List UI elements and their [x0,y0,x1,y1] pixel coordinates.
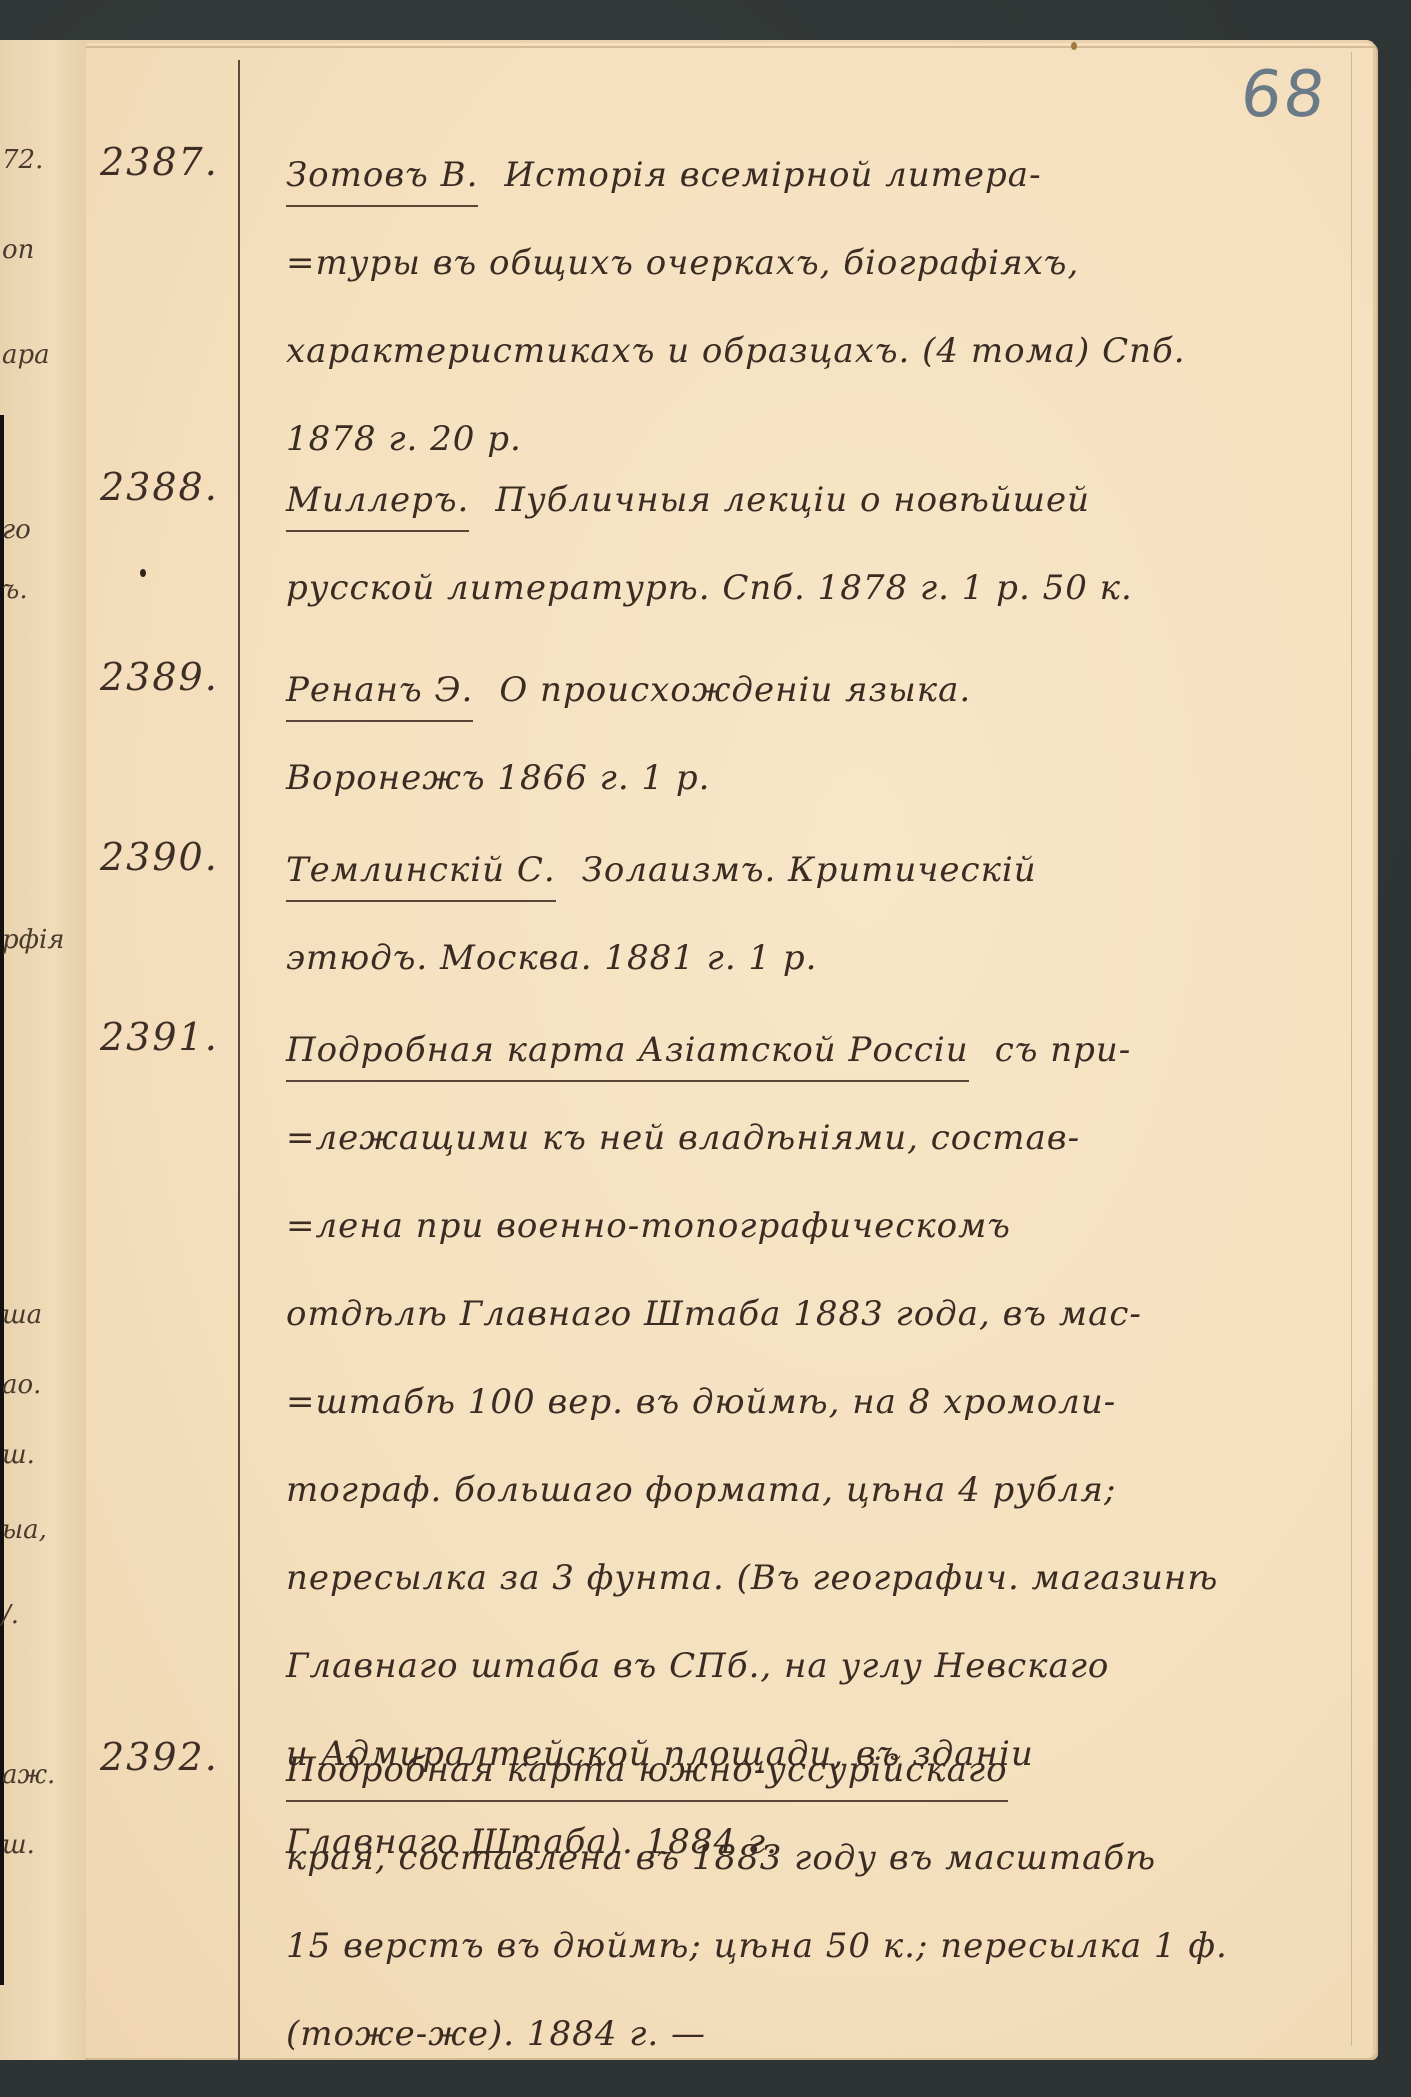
left-page-text-fragment: ъ. [2,575,28,605]
entry-line: края, составлена въ 1883 году въ масштаб… [286,1823,1336,1911]
entry-number: 2390. [100,835,219,879]
entry-line: Темлинскій С.Золаизмъ. Критическій [286,835,1336,923]
scan-shadow [0,415,4,1985]
ink-spot [1071,42,1077,50]
entry-line: Воронежъ 1866 г. 1 р. [286,743,1336,831]
entry-heading: Подробная карта Азіатской Россіи [286,1024,969,1082]
entry-line: отдѣлѣ Главнаго Штаба 1883 года, въ мас- [286,1279,1336,1367]
entry-line: пересылка за 3 фунта. (Въ географич. маг… [286,1543,1336,1631]
entry-text: съ при- [995,1030,1132,1070]
entry-heading: Подробная карта южно-уссурійскаго [286,1744,1008,1802]
entry-line: характеристикахъ и образцахъ. (4 тома) С… [286,316,1336,404]
left-page-text-fragment: ш. [2,1440,35,1470]
left-page-text-fragment: аж. [2,1760,55,1790]
entry-line: Зотовъ В.Исторія всемірной литера- [286,140,1336,228]
entry-line: =лена при военно-топографическомъ [286,1191,1336,1279]
left-page-text-fragment: /. [2,1600,19,1630]
entry-text: Исторія всемірной литера- [504,155,1041,195]
page-number: 68 [1237,58,1330,132]
entry-line: =туры въ общихъ очеркахъ, біографіяхъ, [286,228,1336,316]
entry-line: Подробная карта южно-уссурійскаго [286,1735,1336,1823]
entry-line: тограф. большаго формата, цѣна 4 рубля; [286,1455,1336,1543]
left-page-text-fragment: 72. [2,145,43,175]
entry-line: (тоже-же). 1884 г. — [286,1999,1336,2087]
entry-line: 15 верстъ въ дюймѣ; цѣна 50 к.; пересылк… [286,1911,1336,1999]
left-page-text-fragment: рфія [2,925,65,955]
entry-number: 2391. [100,1015,219,1059]
entry-line: этюдъ. Москва. 1881 г. 1 р. [286,923,1336,1011]
entry-number: 2389. [100,655,219,699]
entry-text: Публичныя лекціи о новѣйшей [495,480,1090,520]
entry-line: Миллеръ.Публичныя лекціи о новѣйшей [286,465,1336,553]
ledger-page: 68 2387. Зотовъ В.Исторія всемірной лите… [86,40,1376,2058]
entry-line: русской литературѣ. Спб. 1878 г. 1 р. 50… [286,553,1336,641]
right-margin-rule [1351,52,1352,2046]
entry-text: Золаизмъ. Критическій [582,850,1037,890]
left-page-text-fragment: го [2,515,31,545]
entry-line: =лежащими къ ней владѣніями, состав- [286,1103,1336,1191]
entry-number: 2387. [100,140,219,184]
entry-line: Ренанъ Э.О происхожденіи языка. [286,655,1336,743]
left-page-text-fragment: ао. [2,1370,41,1400]
entry-text: О происхожденіи языка. [499,670,971,710]
entry-heading: Темлинскій С. [286,844,556,902]
left-page-text-fragment: ш. [2,1830,35,1860]
left-page-text-fragment: ша [2,1300,42,1330]
entry-line: =штабѣ 100 вер. въ дюймѣ, на 8 хромоли- [286,1367,1336,1455]
left-page-text-fragment: ыа, [2,1515,47,1545]
page-top-edge [86,46,1376,48]
entry-number: 2388. [100,465,219,509]
entry-line: Главнаго штаба въ СПб., на углу Невскаго [286,1631,1336,1719]
previous-page-edge: 72.опарагоъ.рфіяшаао.ш.ыа,/.аж.ш. [0,40,88,2060]
entry-line: Подробная карта Азіатской Россіисъ при- [286,1015,1336,1103]
margin-dot [140,569,146,577]
entry-heading: Ренанъ Э. [286,664,473,722]
entry-heading: Зотовъ В. [286,149,478,207]
left-margin-rule [238,60,240,2060]
left-page-text-fragment: ара [2,340,50,370]
entry-number: 2392. [100,1735,219,1779]
entry-heading: Миллеръ. [286,474,469,532]
left-page-text-fragment: оп [2,235,34,265]
